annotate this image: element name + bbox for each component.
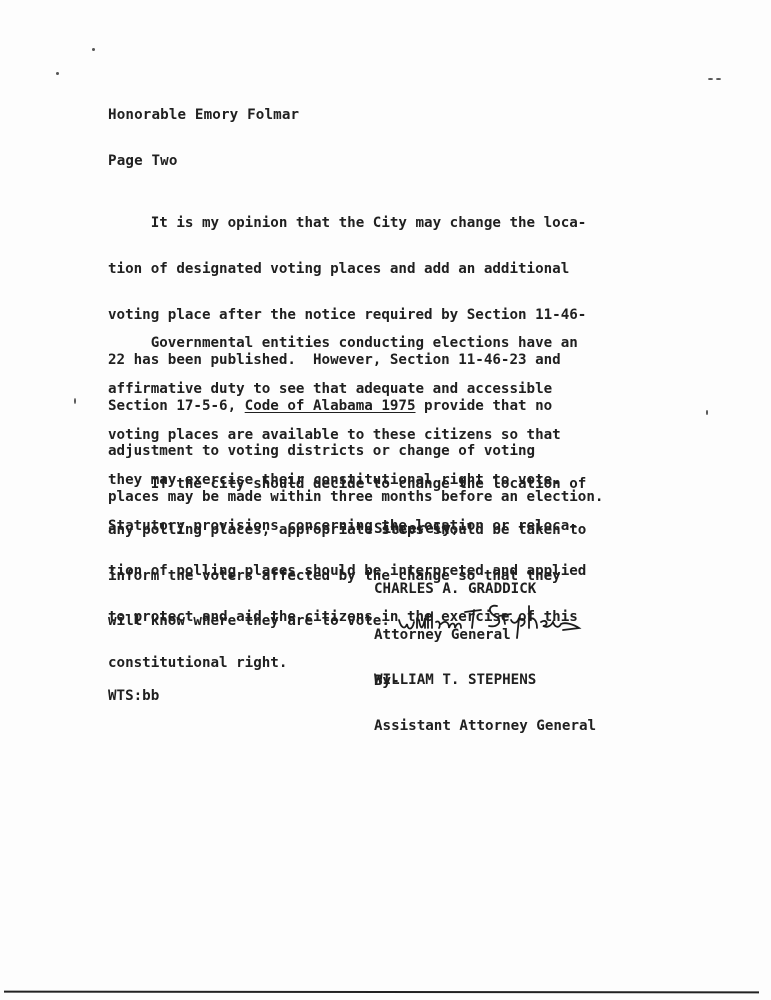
letter-header: Honorable Emory Folmar Page Two [108, 78, 299, 199]
text-line: It is my opinion that the City may chang… [108, 216, 603, 231]
closing-salutation: Sincerely, [374, 522, 459, 537]
letter-page: Honorable Emory Folmar Page Two It is my… [0, 0, 771, 1000]
scan-speck [706, 410, 708, 415]
text-line: affirmative duty to see that adequate an… [108, 382, 586, 397]
page-number: Page Two [108, 154, 299, 170]
scan-edge-line [4, 991, 759, 994]
text-line: voting places are available to these cit… [108, 428, 586, 443]
agent-block: WILLIAM T. STEPHENS Assistant Attorney G… [374, 643, 596, 765]
scan-speck [56, 72, 59, 75]
recipient-name: Honorable Emory Folmar [108, 108, 299, 124]
scan-speck [92, 48, 95, 51]
scan-speck [708, 78, 713, 80]
text-line: tion of designated voting places and add… [108, 262, 603, 277]
text-line: If the city should decide to change the … [108, 477, 586, 492]
text-line: any polling places, appropriate steps sh… [108, 523, 586, 538]
signer-name: CHARLES A. GRADDICK [374, 582, 536, 597]
agent-title: Assistant Attorney General [374, 719, 596, 734]
agent-name: WILLIAM T. STEPHENS [374, 673, 596, 688]
signature-icon [395, 598, 595, 640]
scan-speck [74, 398, 76, 404]
reference-initials: WTS:bb [108, 688, 159, 704]
text-line: Governmental entities conducting electio… [108, 336, 586, 351]
scan-speck [716, 78, 721, 80]
